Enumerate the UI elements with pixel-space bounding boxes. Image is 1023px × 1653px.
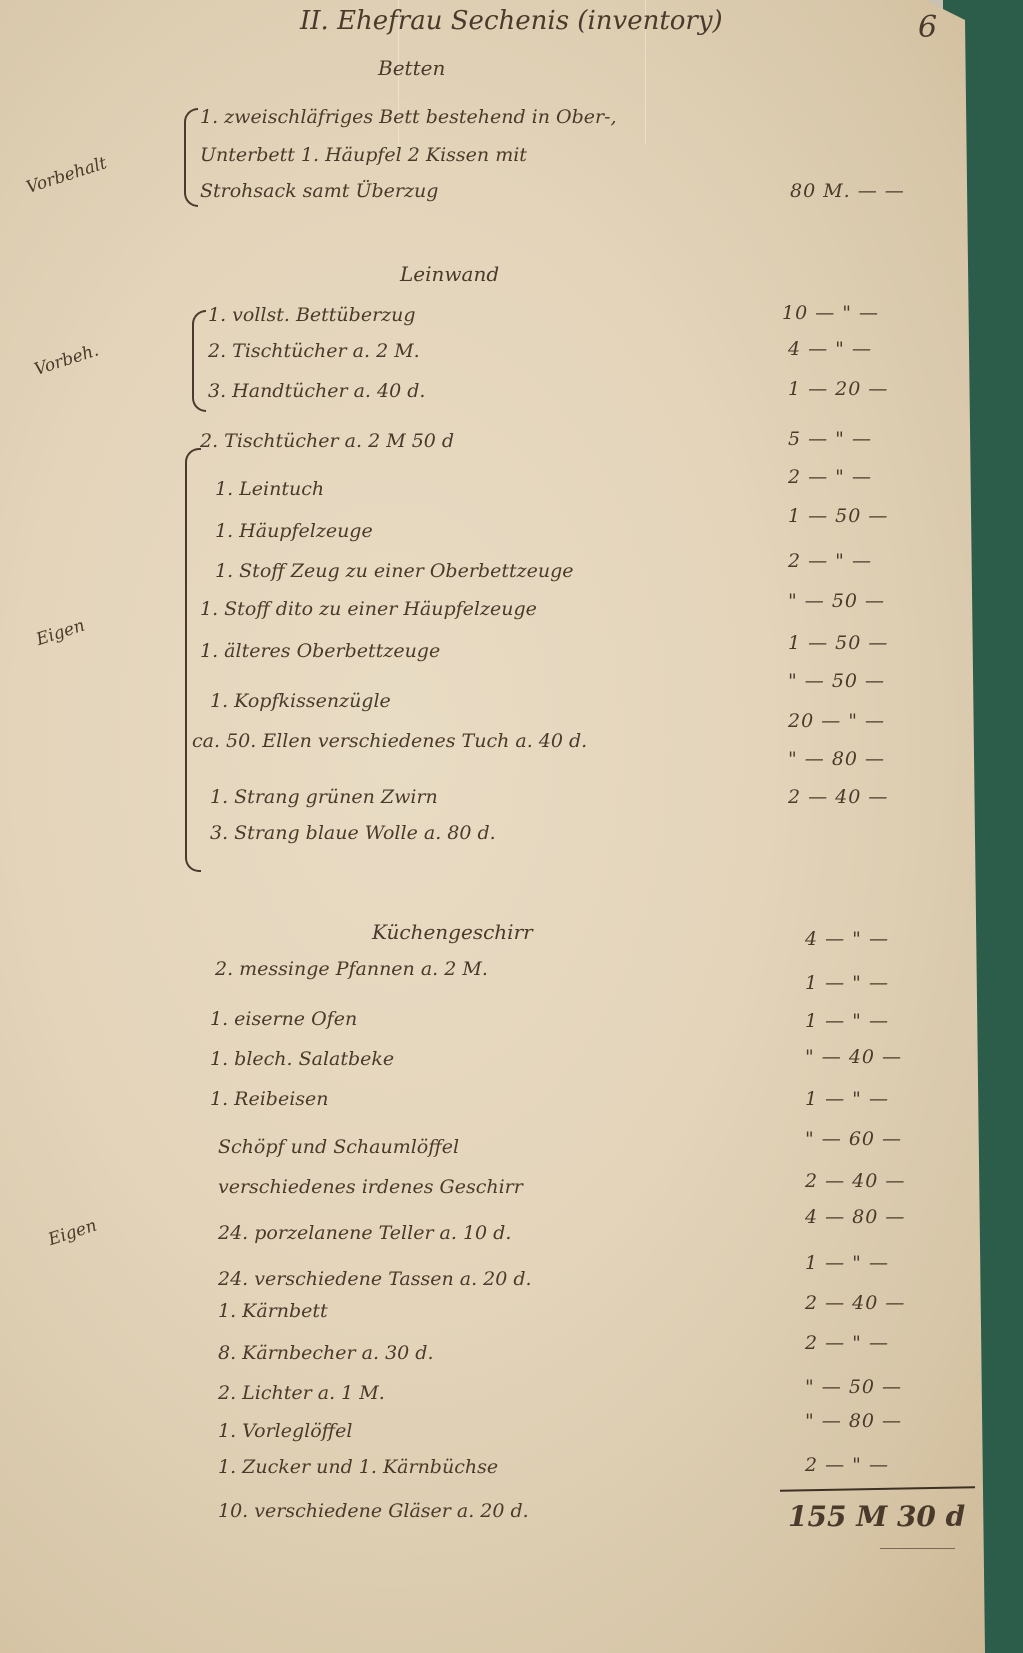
list-item: 24. porzelanene Teller a. 10 d. — [218, 1222, 511, 1244]
amount: 2 — " — — [788, 550, 872, 572]
amount: 2 — 40 — — [805, 1170, 905, 1192]
list-item: 24. verschiedene Tassen a. 20 d. — [218, 1268, 532, 1290]
list-item: 2. Lichter a. 1 M. — [218, 1382, 385, 1404]
list-item: 1. Häupfelzeuge — [215, 520, 373, 542]
list-item: 1. Strang grünen Zwirn — [210, 786, 438, 808]
amount: 1 — 50 — — [788, 505, 888, 527]
bracket — [192, 310, 206, 412]
amount: 2 — " — — [805, 1454, 889, 1476]
amount: 1 — 50 — — [788, 632, 888, 654]
amount: 1 — " — — [805, 1088, 889, 1110]
amount: " — 50 — — [805, 1376, 902, 1398]
amount: " — 80 — — [788, 748, 885, 770]
amount: 4 — 80 — — [805, 1206, 905, 1228]
list-item: Schöpf und Schaumlöffel — [218, 1136, 459, 1158]
amount: 2 — " — — [805, 1332, 889, 1354]
list-item: 1. vollst. Bettüberzug — [208, 304, 416, 326]
section-heading-leinwand: Leinwand — [400, 262, 499, 286]
amount: " — 40 — — [805, 1046, 902, 1068]
section-heading-betten: Betten — [378, 56, 445, 80]
amount: " — 80 — — [805, 1410, 902, 1432]
list-item: Strohsack samt Überzug — [200, 180, 438, 202]
total-amount: 155 M 30 d — [788, 1500, 965, 1533]
list-item: 1. Zucker und 1. Kärnbüchse — [218, 1456, 498, 1478]
margin-note: Vorbehalt — [24, 153, 109, 198]
page-title: II. Ehefrau Sechenis (inventory) — [300, 6, 723, 36]
margin-note: Eigen — [34, 616, 87, 650]
list-item: 1. blech. Salatbeke — [210, 1048, 394, 1070]
underline — [880, 1548, 955, 1549]
document-page: II. Ehefrau Sechenis (inventory) 6 Bette… — [0, 0, 988, 1653]
amount: 1 — " — — [805, 1252, 889, 1274]
list-item: 10. verschiedene Gläser a. 20 d. — [218, 1500, 529, 1522]
list-item: 1. Reibeisen — [210, 1088, 329, 1110]
list-item: 1. eiserne Ofen — [210, 1008, 357, 1030]
page-number: 6 — [918, 10, 937, 45]
amount: 10 — " — — [782, 302, 879, 324]
list-item: 1. Vorleglöffel — [218, 1420, 352, 1442]
amount: 1 — " — — [805, 972, 889, 994]
amount: " — 50 — — [788, 670, 885, 692]
amount: 1 — " — — [805, 1010, 889, 1032]
list-item: Unterbett 1. Häupfel 2 Kissen mit — [200, 144, 527, 166]
list-item: 1. zweischläfriges Bett bestehend in Obe… — [200, 106, 617, 128]
list-item: 1. Leintuch — [215, 478, 324, 500]
bracket — [184, 108, 198, 207]
amount: 20 — " — — [788, 710, 885, 732]
amount: 5 — " — — [788, 428, 872, 450]
list-item: 1. älteres Oberbettzeuge — [200, 640, 440, 662]
amount: 2 — 40 — — [805, 1292, 905, 1314]
sum-line — [780, 1486, 975, 1491]
list-item: 8. Kärnbecher a. 30 d. — [218, 1342, 434, 1364]
list-item: 1. Kärnbett — [218, 1300, 328, 1322]
amount: 2 — " — — [788, 466, 872, 488]
amount: " — 50 — — [788, 590, 885, 612]
amount: 80 M. — — — [790, 180, 905, 202]
amount: 2 — 40 — — [788, 786, 888, 808]
amount: 4 — " — — [805, 928, 889, 950]
section-heading-kuechengeschirr: Küchengeschirr — [372, 920, 533, 944]
amount: " — 60 — — [805, 1128, 902, 1150]
amount: 4 — " — — [788, 338, 872, 360]
list-item: 2. messinge Pfannen a. 2 M. — [215, 958, 488, 980]
margin-note: Eigen — [46, 1216, 99, 1250]
margin-note: Vorbeh. — [32, 340, 101, 380]
list-item: 1. Stoff Zeug zu einer Oberbettzeuge — [215, 560, 574, 582]
list-item: verschiedenes irdenes Geschirr — [218, 1176, 523, 1198]
list-item: ca. 50. Ellen verschiedenes Tuch a. 40 d… — [192, 730, 587, 752]
list-item: 3. Handtücher a. 40 d. — [208, 380, 425, 402]
list-item: 1. Stoff dito zu einer Häupfelzeuge — [200, 598, 537, 620]
bracket — [185, 448, 201, 872]
list-item: 2. Tischtücher a. 2 M. — [208, 340, 420, 362]
list-item: 3. Strang blaue Wolle a. 80 d. — [210, 822, 496, 844]
amount: 1 — 20 — — [788, 378, 888, 400]
list-item: 2. Tischtücher a. 2 M 50 d — [200, 430, 454, 452]
list-item: 1. Kopfkissenzügle — [210, 690, 391, 712]
